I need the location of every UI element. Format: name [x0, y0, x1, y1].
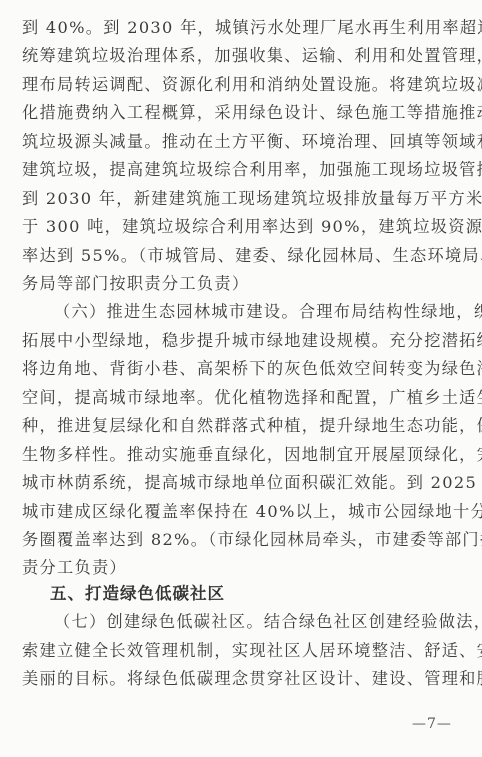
paragraph-line: 种，推进复层绿化和自然群落式种植，提升绿地生态功能，保护	[22, 416, 462, 436]
paragraph-line: 筑垃圾源头减量。推动在土方平衡、环境治理、回填等领域利用	[22, 132, 462, 152]
paragraph-line: 拓展中小型绿地，稳步提升城市绿地建设规模。充分挖潜拓绿，	[22, 331, 462, 351]
paragraph-line: 于 300 吨，建筑垃圾综合利用率达到 90%，建筑垃圾资源化利用	[22, 217, 462, 237]
paragraph-line: 将边角地、背街小巷、高架桥下的灰色低效空间转变为绿色潜力	[22, 359, 462, 379]
paragraph-line: 生物多样性。推动实施垂直绿化，因地制宜开展屋顶绿化，完善	[22, 445, 462, 465]
paragraph-line: 美丽的目标。将绿色低碳理念贯穿社区设计、建设、管理和服务	[22, 669, 462, 689]
document-page: 到 40%。到 2030 年，城镇污水处理厂尾水再生利用率超过 25%。 统筹建…	[0, 0, 482, 757]
paragraph-line: 到 40%。到 2030 年，城镇污水处理厂尾水再生利用率超过 25%。	[22, 18, 462, 38]
paragraph-line: 务局等部门按职责分工负责）	[22, 274, 462, 294]
paragraph-line: 建筑垃圾，提高建筑垃圾综合利用率，加强施工现场垃圾管控。	[22, 160, 462, 180]
paragraph-line: （六）推进生态园林城市建设。合理布局结构性绿地，织补	[54, 302, 462, 322]
paragraph-line: 统筹建筑垃圾治理体系，加强收集、运输、利用和处置管理，合	[22, 46, 462, 66]
paragraph-line: 索建立健全长效管理机制，实现社区人居环境整洁、舒适、安全、	[22, 641, 462, 661]
paragraph-line: 化措施费纳入工程概算，采用绿色设计、绿色施工等措施推动建	[22, 103, 462, 123]
paragraph-line: （七）创建绿色低碳社区。结合绿色社区创建经验做法，探	[54, 612, 462, 632]
paragraph-line: 务圈覆盖率达到 82%。（市绿化园林局牵头，市建委等部门按职	[22, 530, 462, 550]
paragraph-line: 理布局转运调配、资源化利用和消纳处置设施。将建筑垃圾减量	[22, 75, 462, 95]
paragraph-line: 到 2030 年，新建建筑施工现场建筑垃圾排放量每万平方米不高	[22, 189, 462, 209]
paragraph-line: 责分工负责）	[22, 558, 462, 578]
paragraph-line: 城市林荫系统，提高城市绿地单位面积碳汇效能。到 2025 年，	[22, 473, 462, 493]
paragraph-line: 空间，提高城市绿地率。优化植物选择和配置，广植乡土适生树	[22, 388, 462, 408]
paragraph-line: 城市建成区绿化覆盖率保持在 40%以上，城市公园绿地十分钟服	[22, 502, 462, 522]
paragraph-line: 率达到 55%。（市城管局、建委、绿化园林局、生态环境局、水	[22, 246, 462, 266]
section-heading: 五、打造绿色低碳社区	[50, 584, 225, 604]
page-number: —7—	[412, 716, 452, 732]
